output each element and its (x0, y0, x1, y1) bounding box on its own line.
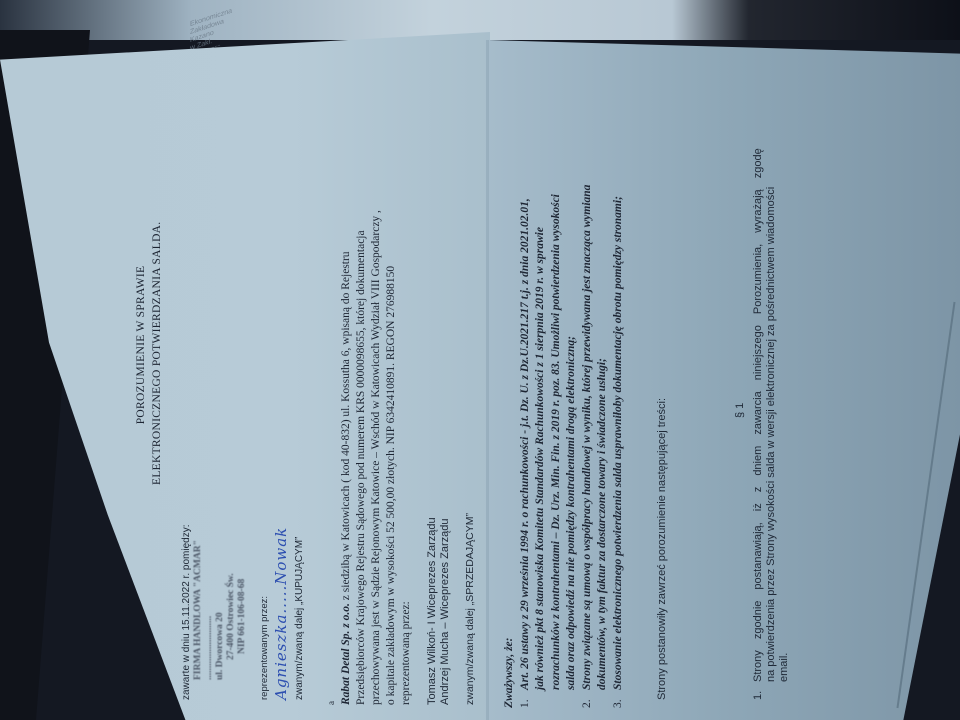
clause-1: 1.Strony zgodnie postanawiają, iż z dnie… (752, 148, 791, 700)
seller-section: a Rabat Detal Sp. z o.o. z siedzibą w Ka… (324, 210, 477, 705)
buyer-name: FIRMA HANDLOWA "ACMAR" (193, 525, 204, 680)
buyer-designation: zwanym/zwaną dalej „KUPUJĄCYM” (293, 525, 306, 700)
seller-name: Rabat Detal Sp. z o.o. (340, 603, 352, 705)
representative-2: Andrzej Mucha – Wiceprezes Zarządu (439, 210, 452, 705)
seller-designation: zwanym/zwaną dalej „SPRZEDAJĄCYM” (464, 210, 477, 705)
handwritten-signature: Agnieszka.....Nowak (275, 525, 287, 700)
parties-agreed: Strony postanowiły zawrzeć porozumienie … (656, 398, 669, 700)
page-fold (486, 40, 489, 720)
buyer-section: zawarte w dniu 15.11.2022 r. pomiędzy: F… (180, 525, 306, 700)
recital-1: 1.Art. 26 ustawy z 29 września 1994 r. o… (518, 185, 580, 708)
representative-1: Tomasz Wilkoń- I Wiceprezes Zarządu (426, 210, 439, 705)
section-mark: § 1 (734, 403, 747, 418)
recital-2: 2.Strony związane są umową o współpracy … (580, 185, 611, 708)
document-title: POROZUMIENIE W SPRAWIE ELEKTRONICZNEGO P… (133, 245, 165, 445)
recitals-section: Zważywszy, że: 1.Art. 26 ustawy z 29 wrz… (502, 185, 626, 708)
recital-3: 3.Stosowanie elektronicznego potwierdzen… (611, 185, 627, 708)
